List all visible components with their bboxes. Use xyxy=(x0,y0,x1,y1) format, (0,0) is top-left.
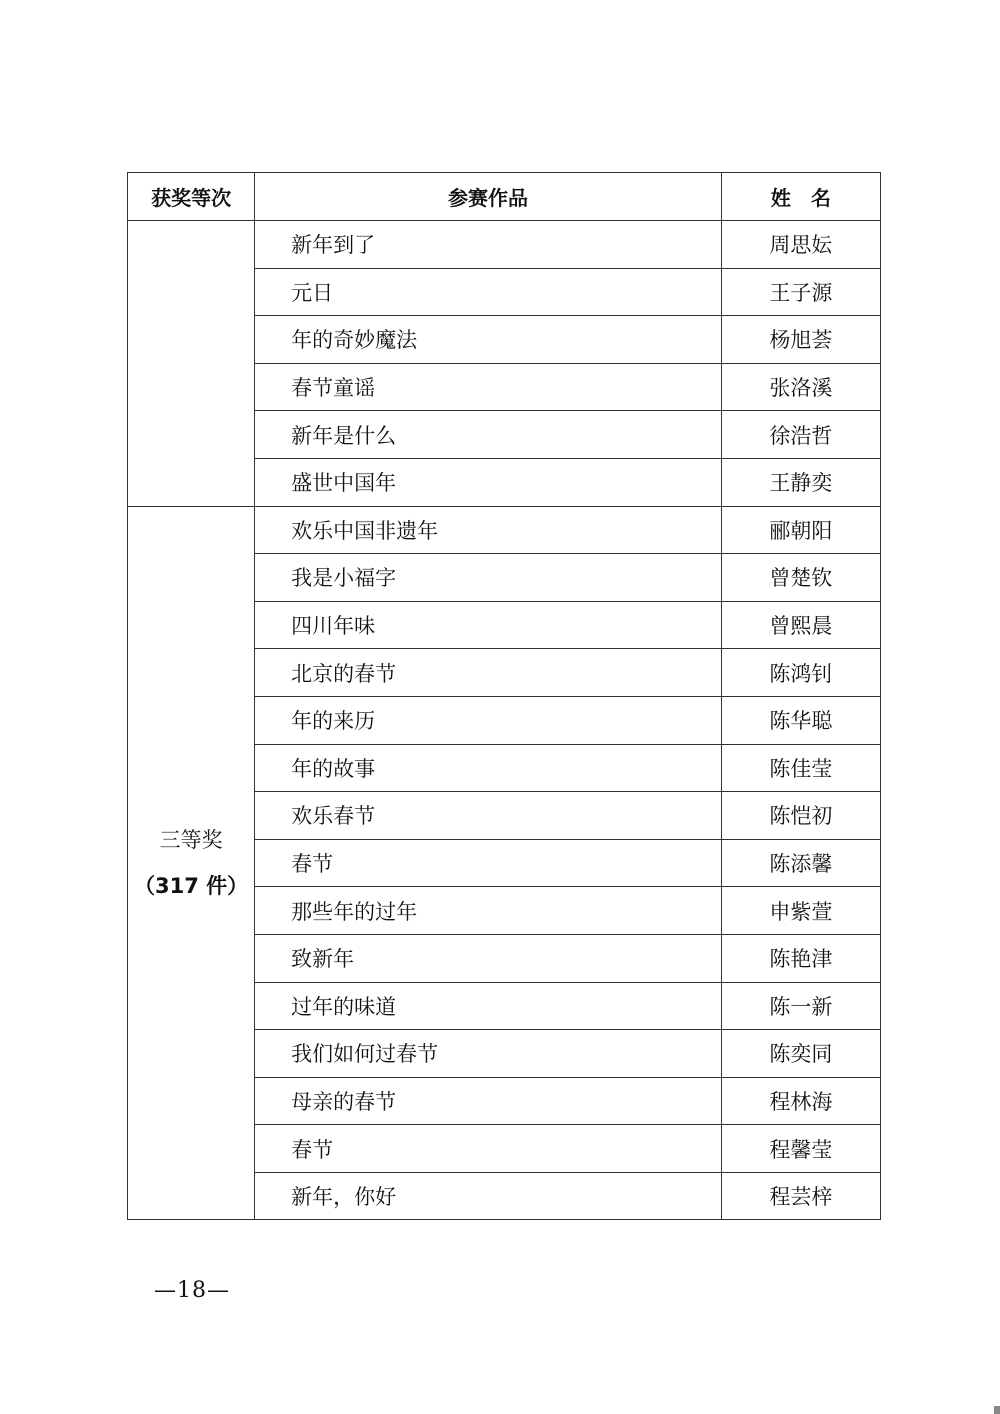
work-title: 过年的味道 xyxy=(255,982,722,1030)
author-name: 陈添馨 xyxy=(721,839,880,887)
work-title: 新年到了 xyxy=(255,221,722,269)
work-title: 年的来历 xyxy=(255,696,722,744)
work-title: 新年是什么 xyxy=(255,411,722,459)
table-row: 三等奖 （317 件） 欢乐中国非遗年 郦朝阳 xyxy=(128,506,881,554)
rank-cell-third-prize: 三等奖 （317 件） xyxy=(128,506,255,1220)
page-number: —18— xyxy=(154,1278,230,1303)
work-title: 春节童谣 xyxy=(255,363,722,411)
work-title: 欢乐中国非遗年 xyxy=(255,506,722,554)
author-name: 程馨莹 xyxy=(721,1125,880,1173)
work-title: 年的故事 xyxy=(255,744,722,792)
rank-count: （317 件） xyxy=(128,863,254,909)
author-name: 陈恺初 xyxy=(721,792,880,840)
author-name: 郦朝阳 xyxy=(721,506,880,554)
author-name: 王静奕 xyxy=(721,458,880,506)
header-row: 获奖等次 参赛作品 姓 名 xyxy=(128,173,881,221)
author-name: 程芸梓 xyxy=(721,1172,880,1220)
award-table: 获奖等次 参赛作品 姓 名 新年到了 周思妘 元日 王子源 年的奇妙魔法 杨旭荟… xyxy=(127,172,881,1220)
author-name: 王子源 xyxy=(721,268,880,316)
table-row: 新年到了 周思妘 xyxy=(128,221,881,269)
rank-cell-continued xyxy=(128,221,255,507)
scan-artifact xyxy=(994,1406,1000,1414)
work-title: 四川年味 xyxy=(255,601,722,649)
author-name: 周思妘 xyxy=(721,221,880,269)
work-title: 母亲的春节 xyxy=(255,1077,722,1125)
header-rank: 获奖等次 xyxy=(128,173,255,221)
author-name: 张洛溪 xyxy=(721,363,880,411)
work-title: 北京的春节 xyxy=(255,649,722,697)
author-name: 徐浩哲 xyxy=(721,411,880,459)
header-name: 姓 名 xyxy=(721,173,880,221)
author-name: 杨旭荟 xyxy=(721,316,880,364)
work-title: 盛世中国年 xyxy=(255,458,722,506)
work-title: 欢乐春节 xyxy=(255,792,722,840)
work-title: 元日 xyxy=(255,268,722,316)
work-title: 那些年的过年 xyxy=(255,887,722,935)
author-name: 曾楚钦 xyxy=(721,554,880,602)
author-name: 曾熙晨 xyxy=(721,601,880,649)
author-name: 程林海 xyxy=(721,1077,880,1125)
work-title: 新年，你好 xyxy=(255,1172,722,1220)
author-name: 申紫萱 xyxy=(721,887,880,935)
work-title: 我是小福字 xyxy=(255,554,722,602)
rank-label: 三等奖 xyxy=(128,817,254,863)
author-name: 陈鸿钊 xyxy=(721,649,880,697)
work-title: 致新年 xyxy=(255,934,722,982)
author-name: 陈奕同 xyxy=(721,1030,880,1078)
work-title: 我们如何过春节 xyxy=(255,1030,722,1078)
work-title: 春节 xyxy=(255,839,722,887)
author-name: 陈艳津 xyxy=(721,934,880,982)
work-title: 春节 xyxy=(255,1125,722,1173)
author-name: 陈华聪 xyxy=(721,696,880,744)
author-name: 陈一新 xyxy=(721,982,880,1030)
author-name: 陈佳莹 xyxy=(721,744,880,792)
header-work: 参赛作品 xyxy=(255,173,722,221)
work-title: 年的奇妙魔法 xyxy=(255,316,722,364)
